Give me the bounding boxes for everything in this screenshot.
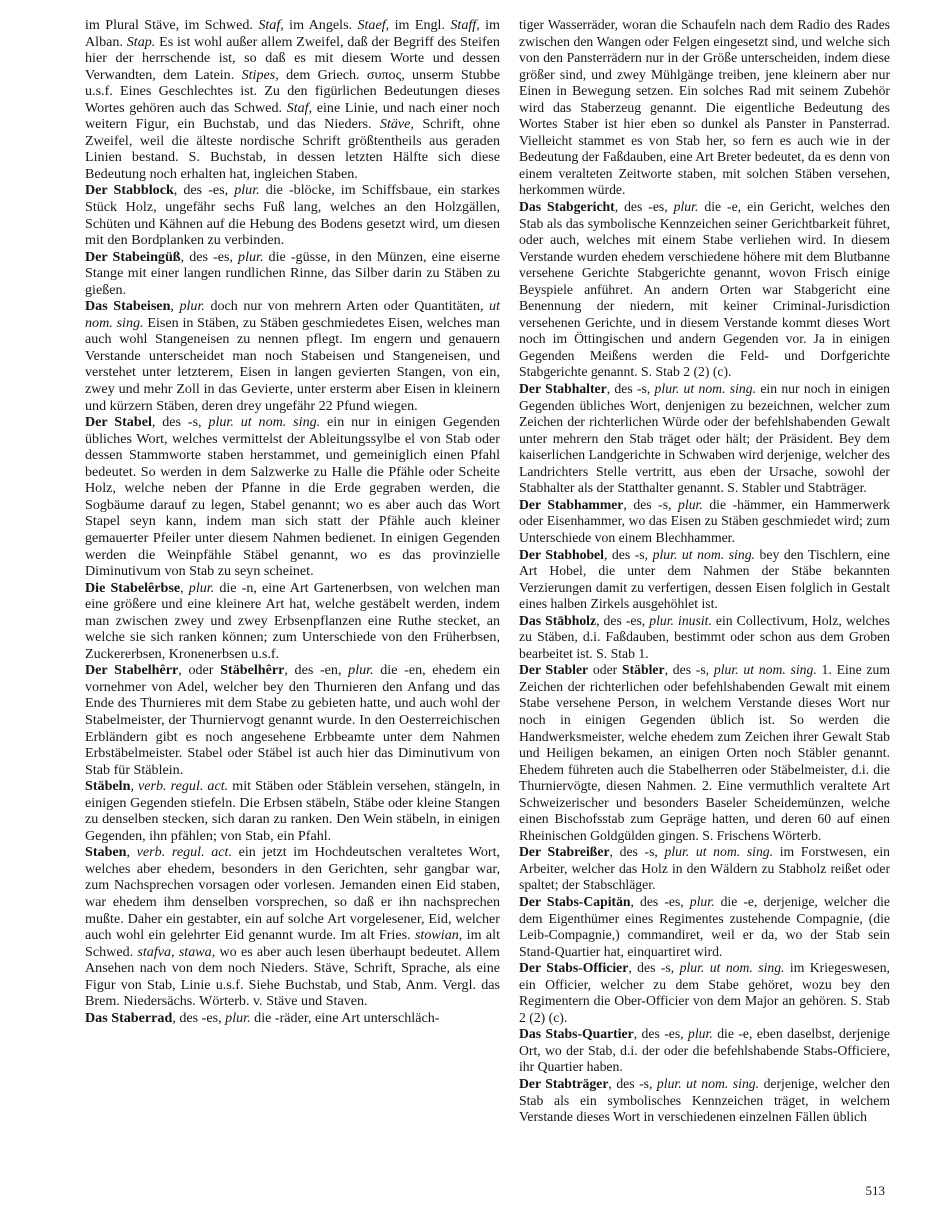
dictionary-entry: Das Stābholz, des -es, plur. inusit. ein…: [519, 613, 890, 663]
entry-text: plur.: [690, 894, 715, 909]
dictionary-entry: Das Stabeisen, plur. doch nur von mehrer…: [85, 298, 500, 414]
entry-headword: Die Stabelêrbse: [85, 580, 180, 596]
dictionary-entry: Der Stabelhêrr, oder Stäbelhêrr, des -en…: [85, 662, 500, 778]
entry-text: , des -s,: [623, 497, 678, 512]
entry-text: Eisen in Stäben, zu Stäben geschmiedetes…: [85, 315, 500, 414]
dictionary-entry: Der Stabs-Capitän, des -es, plur. die -e…: [519, 894, 890, 960]
dictionary-page: im Plural Stäve, im Schwed. Staf, im Ang…: [0, 0, 935, 1210]
entry-text: , des -es,: [596, 613, 649, 628]
entry-text: plur.: [674, 199, 699, 214]
entry-headword: Staben: [85, 844, 127, 860]
entry-text: , des -s,: [607, 381, 655, 396]
entry-text: plur.: [234, 182, 259, 198]
entry-headword: Der Stabelhêrr: [85, 662, 178, 678]
entry-headword: Stäbler: [622, 662, 665, 677]
entry-text: , des -s,: [152, 414, 209, 430]
entry-text: plur.: [179, 298, 204, 314]
entry-headword: Das Stabs-Quartier: [519, 1026, 634, 1041]
entry-text: Staf,: [258, 17, 283, 33]
entry-text: , des -s,: [610, 844, 665, 859]
entry-text: 1. Eine zum Zeichen der richterlichen od…: [519, 662, 890, 842]
entry-text: plur.: [225, 1010, 250, 1026]
entry-headword: Der Stabhalter: [519, 381, 607, 396]
entry-text: stafva, stawa,: [137, 944, 215, 960]
entry-text: , des -es,: [172, 1010, 225, 1026]
entry-headword: Der Stabhobel: [519, 547, 604, 562]
entry-headword: Der Stabblock: [85, 182, 174, 198]
dictionary-entry: Der Stabblock, des -es, plur. die -blöck…: [85, 182, 500, 248]
dictionary-entry: Der Stabel, des -s, plur. ut nom. sing. …: [85, 414, 500, 579]
entry-text: , des -s,: [628, 960, 679, 975]
entry-text: , des -s,: [665, 662, 714, 677]
entry-headword: Der Stabhammer: [519, 497, 623, 512]
dictionary-entry: Der Stabhammer, des -s, plur. die -hämme…: [519, 497, 890, 547]
entry-headword: Das Staberrad: [85, 1010, 172, 1026]
entry-headword: Das Stabeisen: [85, 298, 170, 314]
entry-text: , des -es,: [631, 894, 690, 909]
dictionary-entry: Stäbeln, verb. regul. act. mit Stäben od…: [85, 778, 500, 844]
column-left: im Plural Stäve, im Schwed. Staf, im Ang…: [85, 17, 500, 1026]
dictionary-entry: Der Stabeingüß, des -es, plur. die -güss…: [85, 249, 500, 299]
column-right: tiger Wasserräder, woran die Schaufeln n…: [519, 17, 890, 1126]
entry-text: ,: [130, 778, 138, 794]
entry-text: im Angels.: [284, 17, 358, 33]
dictionary-entry: Der Stabler oder Stäbler, des -s, plur. …: [519, 662, 890, 844]
dictionary-entry: Der Stabträger, des -s, plur. ut nom. si…: [519, 1076, 890, 1126]
entry-text: Stäve,: [380, 116, 414, 132]
dictionary-entry: tiger Wasserräder, woran die Schaufeln n…: [519, 17, 890, 199]
entry-text: , des -s,: [604, 547, 653, 562]
page-number: 513: [866, 1183, 886, 1199]
entry-text: , des -s,: [608, 1076, 657, 1091]
entry-text: im Plural Stäve, im Schwed.: [85, 17, 258, 33]
entry-text: , oder: [178, 662, 220, 678]
entry-headword: Der Stabeingüß: [85, 249, 181, 265]
entry-headword: Der Stabs-Officier: [519, 960, 628, 975]
entry-text: plur. ut nom. sing.: [680, 960, 785, 975]
entry-text: plur.: [348, 662, 373, 678]
entry-text: Staf,: [287, 100, 312, 116]
entry-text: die -räder, eine Art unterschläch-: [251, 1010, 440, 1026]
entry-headword: Das Stabgericht: [519, 199, 615, 214]
entry-text: plur. ut nom. sing.: [208, 414, 320, 430]
entry-text: verb. regul. act.: [138, 778, 228, 794]
entry-text: , des -es,: [634, 1026, 688, 1041]
entry-text: ,: [180, 580, 189, 596]
entry-text: plur. ut nom. sing.: [714, 662, 817, 677]
entry-text: ,: [127, 844, 137, 860]
entry-text: im Engl.: [389, 17, 450, 33]
entry-text: stowian,: [415, 927, 462, 943]
entry-text: plur.: [688, 1026, 713, 1041]
dictionary-entry: im Plural Stäve, im Schwed. Staf, im Ang…: [85, 17, 500, 182]
entry-text: Staff,: [450, 17, 479, 33]
entry-text: Stap.: [127, 34, 156, 50]
dictionary-entry: Der Stabhobel, des -s, plur. ut nom. sin…: [519, 547, 890, 613]
entry-text: Staef,: [357, 17, 389, 33]
dictionary-entry: Staben, verb. regul. act. ein jetzt im H…: [85, 844, 500, 1009]
entry-headword: Stäbeln: [85, 778, 130, 794]
entry-text: die -e, ein Gericht, welches den Stab al…: [519, 199, 890, 379]
dictionary-entry: Das Staberrad, des -es, plur. die -räder…: [85, 1010, 500, 1027]
entry-text: plur. ut nom. sing.: [653, 547, 755, 562]
entry-text: plur.: [189, 580, 214, 596]
entry-text: ein nur noch in einigen Gegenden übliche…: [519, 381, 890, 495]
dictionary-entry: Das Stabs-Quartier, des -es, plur. die -…: [519, 1026, 890, 1076]
entry-text: oder: [588, 662, 622, 677]
dictionary-entry: Der Stabs-Officier, des -s, plur. ut nom…: [519, 960, 890, 1026]
entry-text: plur.: [238, 249, 263, 265]
entry-text: plur. ut nom. sing.: [665, 844, 774, 859]
dictionary-entry: Das Stabgericht, des -es, plur. die -e, …: [519, 199, 890, 381]
entry-headword: Der Stabreißer: [519, 844, 610, 859]
entry-headword: Das Stābholz: [519, 613, 596, 628]
entry-text: plur. inusit.: [649, 613, 712, 628]
entry-headword: Stäbelhêrr: [220, 662, 284, 678]
entry-text: , des -es,: [174, 182, 234, 198]
entry-text: plur.: [678, 497, 703, 512]
entry-text: , des -es,: [615, 199, 674, 214]
dictionary-entry: Die Stabelêrbse, plur. die -n, eine Art …: [85, 580, 500, 663]
entry-text: , des -en,: [284, 662, 348, 678]
entry-text: doch nur von mehrern Arten oder Quantitä…: [205, 298, 489, 314]
entry-text: Stipes,: [242, 67, 279, 83]
dictionary-entry: Der Stabreißer, des -s, plur. ut nom. si…: [519, 844, 890, 894]
entry-text: , des -es,: [181, 249, 238, 265]
entry-headword: Der Stabler: [519, 662, 588, 677]
entry-headword: Der Stabs-Capitän: [519, 894, 631, 909]
entry-headword: Der Stabträger: [519, 1076, 608, 1091]
entry-text: verb. regul. act.: [137, 844, 232, 860]
entry-text: die -en, ehedem ein vornehmer von Adel, …: [85, 662, 500, 777]
dictionary-entry: Der Stabhalter, des -s, plur. ut nom. si…: [519, 381, 890, 497]
entry-text: ein nur in einigen Gegenden übliches Wor…: [85, 414, 500, 579]
entry-text: plur. ut nom. sing.: [655, 381, 756, 396]
entry-text: tiger Wasserräder, woran die Schaufeln n…: [519, 17, 890, 197]
entry-text: plur. ut nom. sing.: [657, 1076, 759, 1091]
entry-headword: Der Stabel: [85, 414, 152, 430]
